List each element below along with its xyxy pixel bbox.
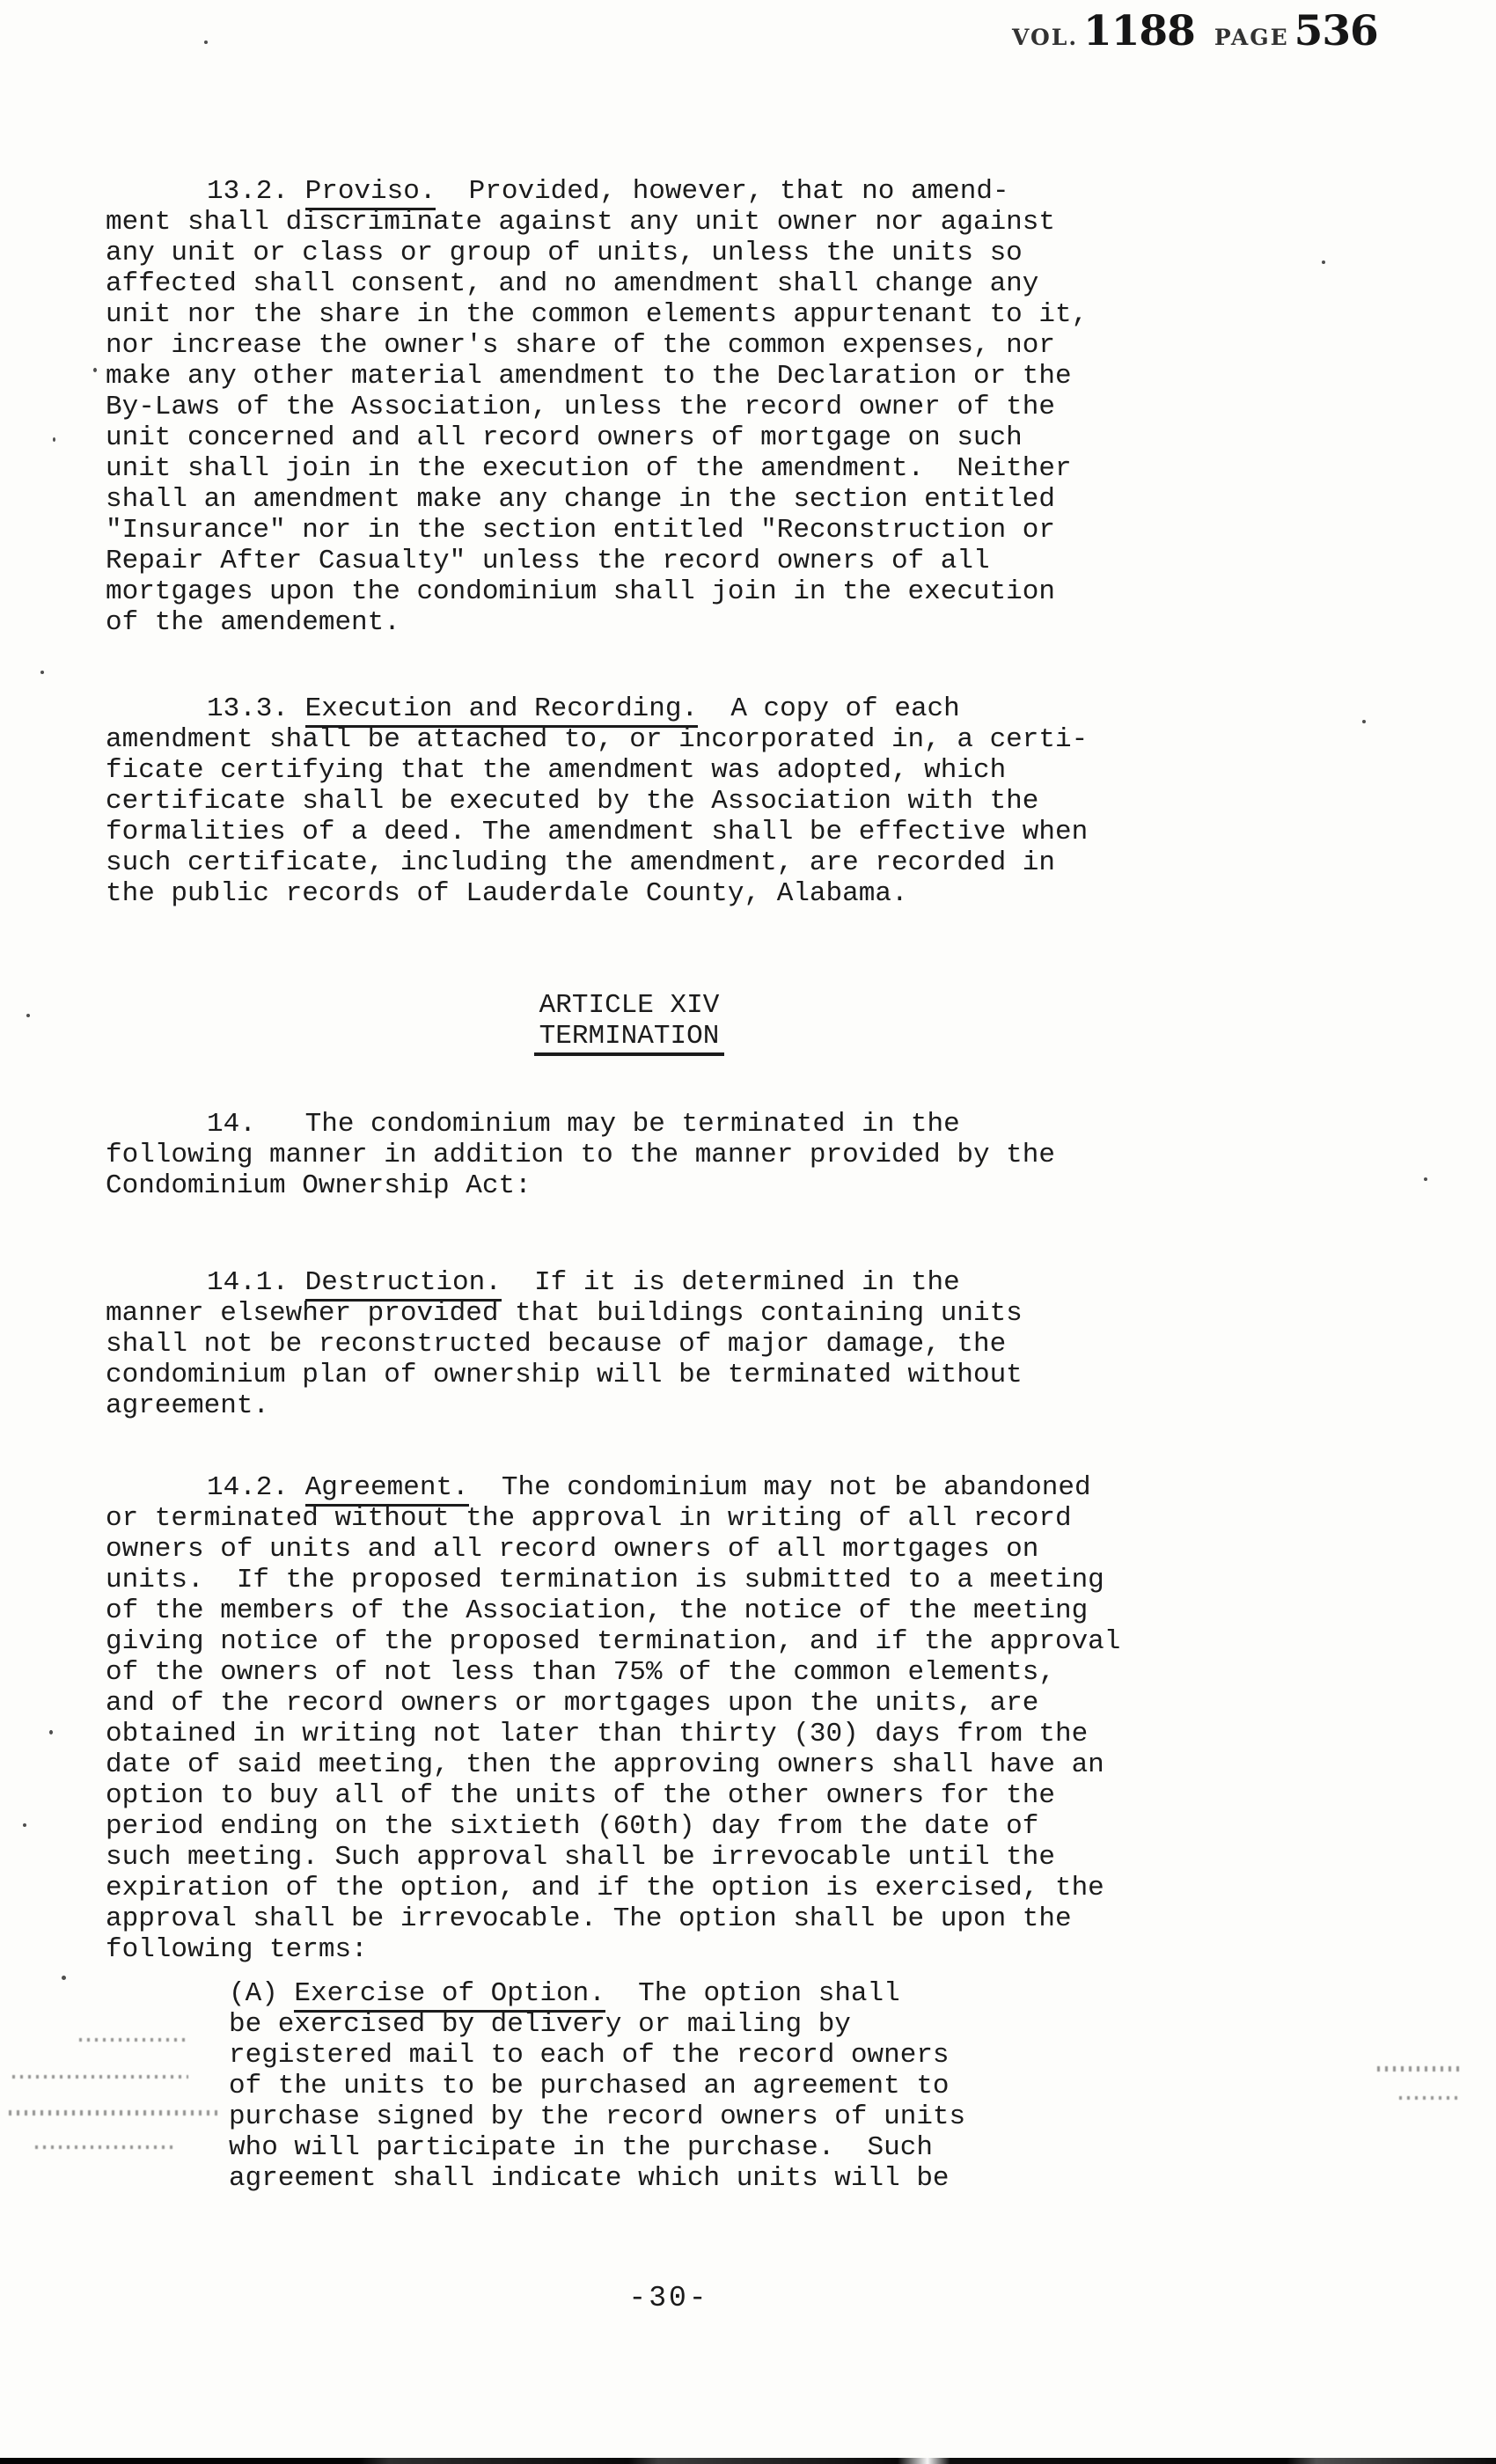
paragraph-first-line: (A) Exercise of Option. The option shall	[229, 1978, 1355, 2009]
section-number: 13.2.	[207, 176, 305, 207]
scan-smudge	[12, 2075, 188, 2079]
paragraph-body-text: following manner in addition to the mann…	[106, 1140, 1355, 1201]
scan-speck	[1362, 720, 1366, 723]
vol-number: 1188	[1083, 7, 1195, 55]
scan-speck	[26, 1014, 30, 1017]
first-line-text: The option shall	[605, 1978, 900, 2009]
scan-edge-bar	[0, 2458, 1496, 2464]
scan-speck	[204, 40, 208, 44]
paragraph-13-2: 13.2. Proviso. Provided, however, that n…	[106, 176, 1355, 638]
section-number: 13.3.	[207, 693, 305, 724]
article-heading-line2: TERMINATION	[106, 1021, 1153, 1052]
scanned-document-page: { "stamp": { "vol_label": "VOL.", "vol_n…	[0, 0, 1496, 2464]
scan-smudge	[9, 2110, 220, 2116]
scan-speck	[53, 437, 55, 442]
paragraph-first-line: 13.3. Execution and Recording. A copy of…	[106, 693, 1355, 724]
article-heading-line1: ARTICLE XIV	[106, 990, 1153, 1021]
scan-speck	[93, 368, 97, 372]
section-title: Destruction.	[305, 1267, 502, 1302]
scan-speck	[1322, 260, 1325, 264]
section-number: (A)	[229, 1978, 294, 2009]
paragraph-first-line: 14. The condominium may be terminated in…	[106, 1109, 1355, 1140]
first-line-text: If it is determined in the	[502, 1267, 960, 1298]
paragraph-body-text: manner elsewher provided that buildings …	[106, 1298, 1355, 1421]
first-line-text: Provided, however, that no amend-	[436, 176, 1008, 207]
first-line-text: The condominium may be terminated in the	[305, 1109, 960, 1140]
scan-smudge	[1377, 2066, 1461, 2072]
section-title: Agreement.	[305, 1472, 469, 1507]
paragraph-body-text: ment shall discriminate against any unit…	[106, 207, 1355, 638]
paragraph-first-line: 14.1. Destruction. If it is determined i…	[106, 1267, 1355, 1298]
paragraphs-after-heading: 14. The condominium may be terminated in…	[106, 1109, 1355, 2194]
volume-page-stamp: VOL. 1188 PAGE 536	[1012, 7, 1378, 55]
paragraphs-before-heading: 13.2. Proviso. Provided, however, that n…	[106, 176, 1355, 909]
paragraph-first-line: 14.2. Agreement. The condominium may not…	[106, 1472, 1355, 1503]
paragraph-14: 14. The condominium may be terminated in…	[106, 1109, 1355, 1201]
scan-smudge	[35, 2145, 176, 2149]
section-number: 14.	[207, 1109, 305, 1140]
page-number-stamp: 536	[1294, 7, 1378, 55]
paragraph-A: (A) Exercise of Option. The option shall…	[229, 1978, 1355, 2194]
paragraph-14-1: 14.1. Destruction. If it is determined i…	[106, 1267, 1355, 1421]
section-number: 14.1.	[207, 1267, 305, 1298]
scan-speck	[23, 1823, 26, 1827]
paragraph-13-3: 13.3. Execution and Recording. A copy of…	[106, 693, 1355, 909]
scan-speck	[62, 1976, 66, 1980]
section-title: Execution and Recording.	[305, 693, 698, 728]
page-label: PAGE	[1214, 25, 1289, 50]
vol-label: VOL.	[1012, 25, 1078, 50]
scan-smudge	[1399, 2096, 1461, 2100]
first-line-text: A copy of each	[698, 693, 960, 724]
paragraph-first-line: 13.2. Proviso. Provided, however, that n…	[106, 176, 1355, 207]
scan-speck	[1424, 1177, 1427, 1181]
page-number-footer: -30-	[0, 2282, 1338, 2314]
scan-speck	[49, 1730, 53, 1734]
paragraph-14-2: 14.2. Agreement. The condominium may not…	[106, 1472, 1355, 1965]
document-text-column: 13.2. Proviso. Provided, however, that n…	[106, 176, 1355, 2194]
scan-smudge	[79, 2038, 185, 2042]
section-title: Exercise of Option.	[294, 1978, 605, 2013]
first-line-text: The condominium may not be abandoned	[469, 1472, 1091, 1503]
paragraph-body-text: or terminated without the approval in wr…	[106, 1503, 1355, 1965]
paragraph-body-text: be exercised by delivery or mailing by r…	[229, 2009, 1355, 2194]
scan-speck	[40, 671, 44, 674]
article-heading: ARTICLE XIV TERMINATION	[106, 990, 1153, 1052]
section-number: 14.2.	[207, 1472, 305, 1503]
paragraph-body-text: amendment shall be attached to, or incor…	[106, 724, 1355, 909]
section-title: Proviso.	[305, 176, 436, 210]
